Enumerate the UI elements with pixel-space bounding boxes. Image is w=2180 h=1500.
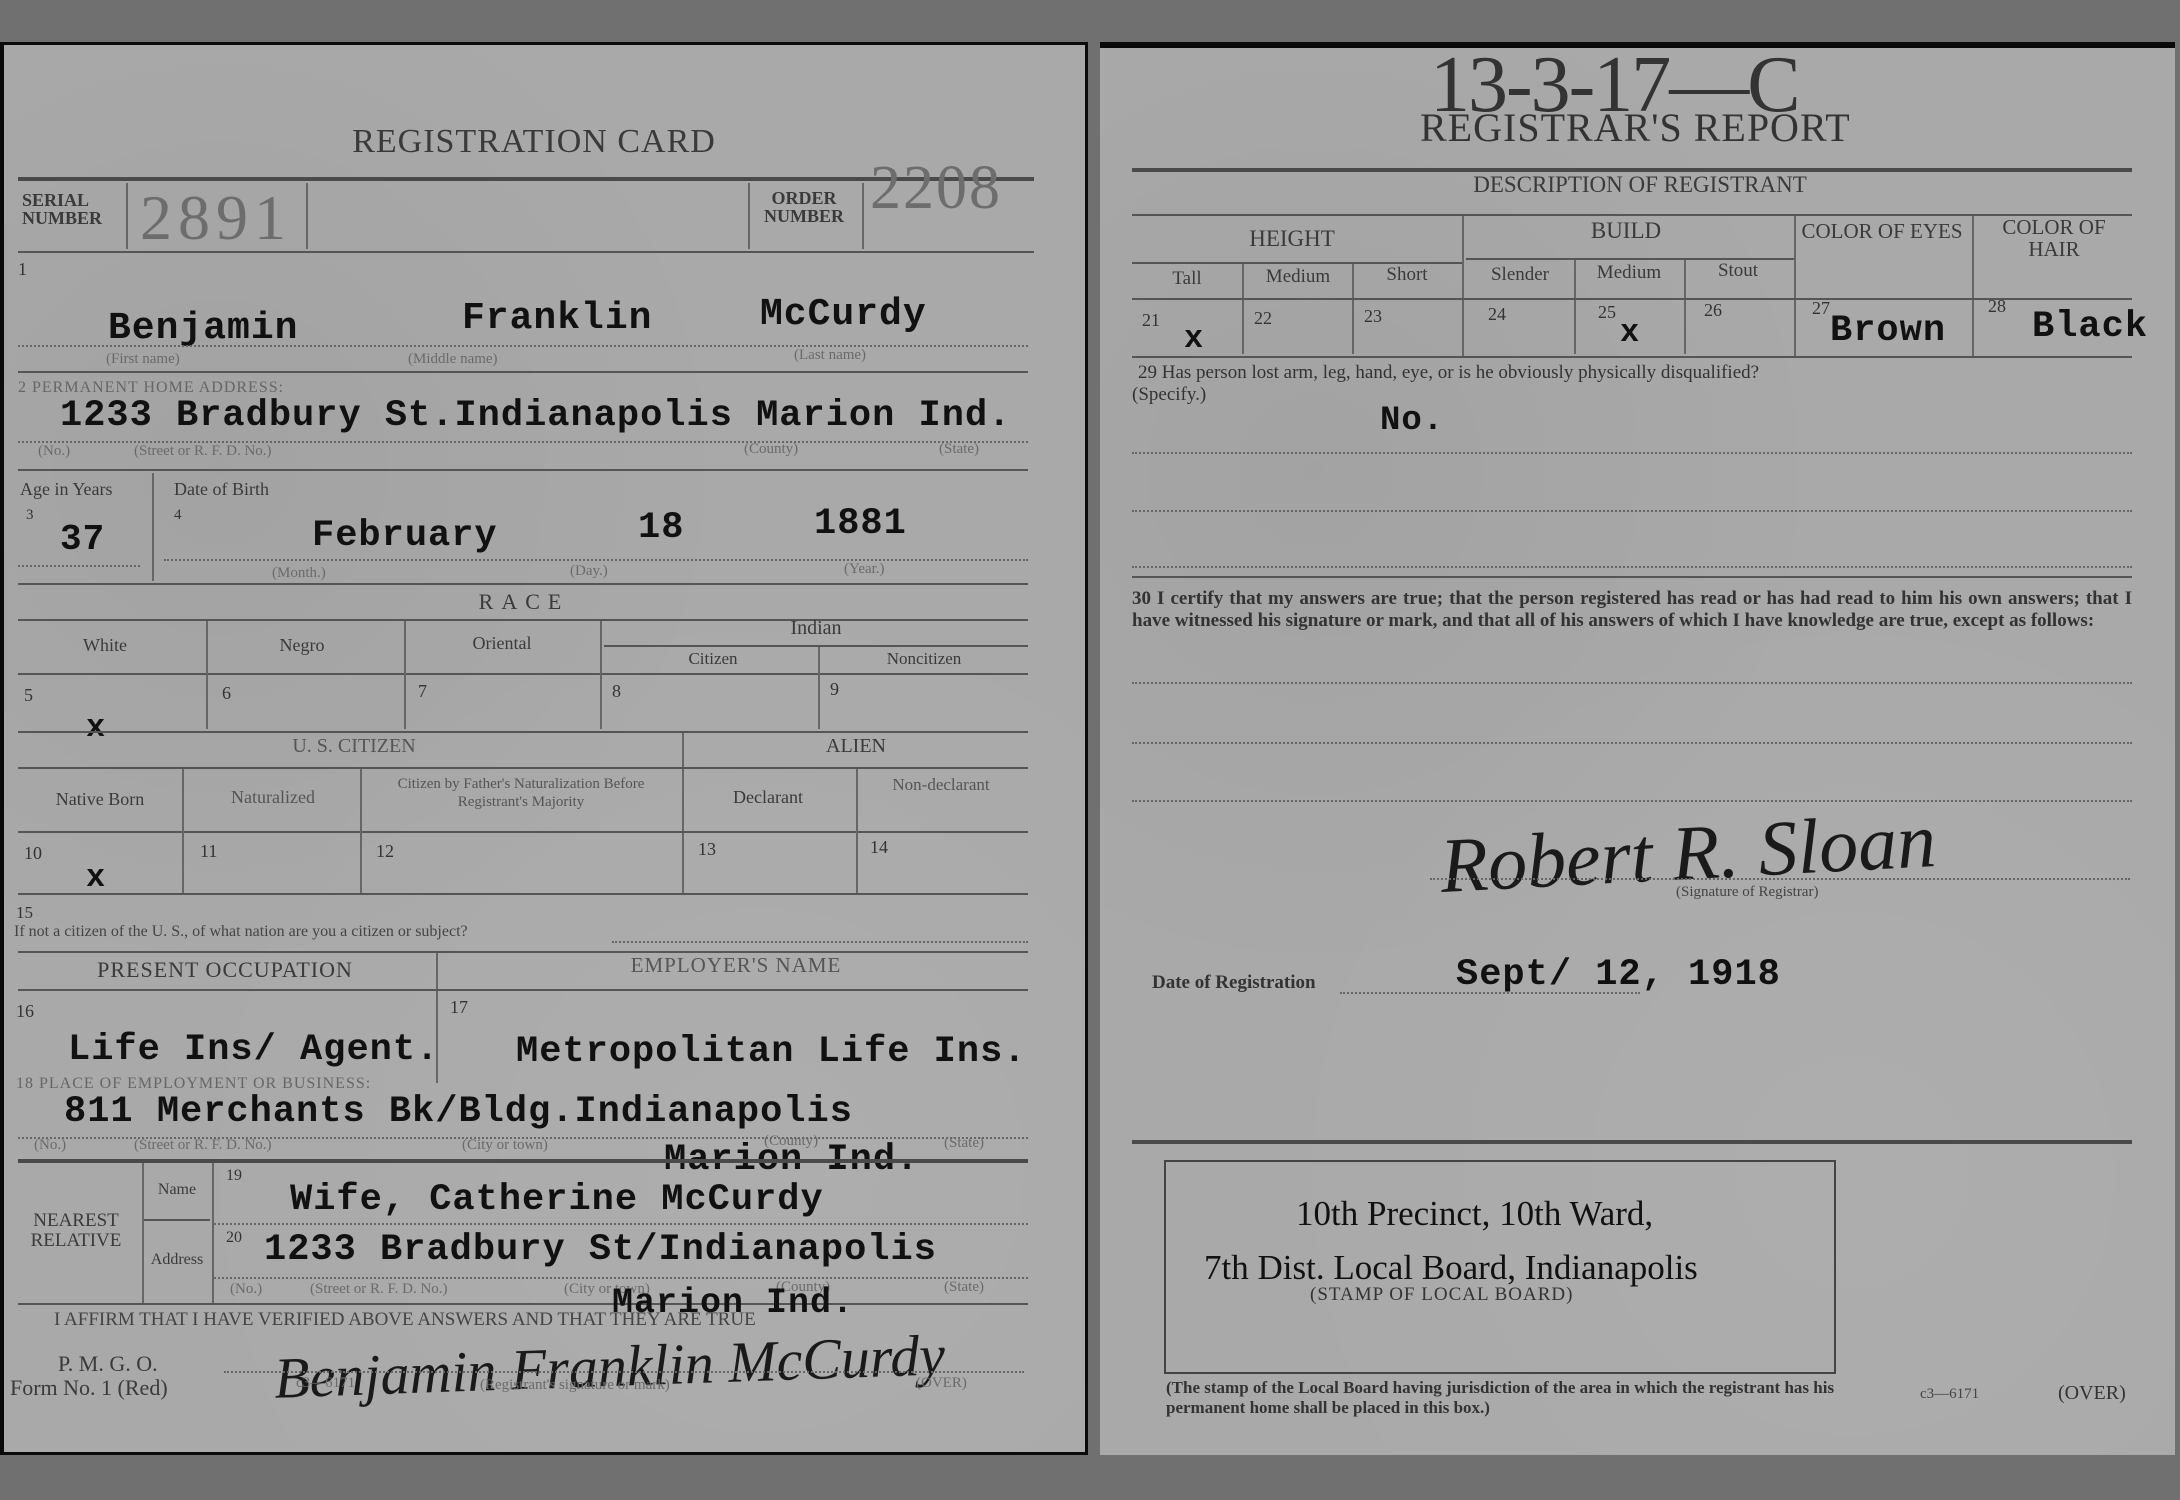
hair-color-value: Black xyxy=(2032,306,2148,348)
field-number: 16 xyxy=(16,1001,34,1022)
build-title: BUILD xyxy=(1466,218,1786,244)
field-number: 11 xyxy=(200,841,217,862)
age-label: Age in Years xyxy=(20,479,113,500)
registration-card: REGISTRATION CARD SERIAL NUMBER 2891 ORD… xyxy=(0,42,1088,1455)
registration-date-label: Date of Registration xyxy=(1152,972,1316,994)
employer-label: EMPLOYER'S NAME xyxy=(444,953,1028,978)
registrars-report-card: 13-3-17—C REGISTRAR'S REPORT DESCRIPTION… xyxy=(1100,42,2175,1455)
race-indian-citizen-label: Citizen xyxy=(608,649,818,669)
over-note: (OVER) xyxy=(2058,1382,2126,1405)
height-tall-label: Tall xyxy=(1132,268,1242,290)
field-number: 28 xyxy=(1988,296,2006,317)
field-number: 1 xyxy=(18,259,27,280)
field-number: 4 xyxy=(174,507,182,524)
serial-number-value: 2891 xyxy=(140,181,292,255)
alien-title: ALIEN xyxy=(684,735,1028,758)
native-born-label: Native Born xyxy=(20,789,180,810)
dob-year-value: 1881 xyxy=(814,503,907,545)
field-number: 15 xyxy=(16,903,33,923)
relative-address-label: Address xyxy=(144,1251,210,1269)
order-number-value: 2208 xyxy=(870,153,1002,224)
first-name-value: Benjamin xyxy=(108,307,298,350)
last-name-value: McCurdy xyxy=(760,293,927,336)
dob-month-value: February xyxy=(312,515,498,557)
last-name-caption: (Last name) xyxy=(794,347,866,364)
field-number: 7 xyxy=(418,681,427,702)
field-number: 25 xyxy=(1598,302,1616,323)
nationality-question: If not a citizen of the U. S., of what n… xyxy=(14,923,468,941)
race-white-label: White xyxy=(20,635,190,656)
field-number: 27 xyxy=(1812,298,1830,319)
occupation-value: Life Ins/ Agent. xyxy=(68,1029,439,1071)
registrant-signature-caption: (Registrant's signature or mark) xyxy=(480,1377,670,1394)
address-state-caption: (State) xyxy=(939,441,979,458)
description-title: DESCRIPTION OF REGISTRANT xyxy=(1420,172,1860,198)
field-number: 23 xyxy=(1364,306,1382,327)
affirmation-text: I AFFIRM THAT I HAVE VERIFIED ABOVE ANSW… xyxy=(54,1309,756,1331)
first-name-caption: (First name) xyxy=(106,351,180,368)
race-negro-label: Negro xyxy=(212,635,392,656)
race-title: RACE xyxy=(424,589,624,615)
employer-value: Metropolitan Life Ins. xyxy=(516,1031,1026,1073)
occupation-label: PRESENT OCCUPATION xyxy=(20,957,430,983)
eye-color-value: Brown xyxy=(1830,310,1946,352)
address-no-caption: (No.) xyxy=(38,443,70,460)
place-of-employment-value: 811 Merchants Bk/Bldg.Indianapolis xyxy=(64,1091,853,1133)
height-short-label: Short xyxy=(1354,264,1460,286)
employment-city-caption: (City or town) xyxy=(462,1137,548,1154)
stamp-instruction-note: (The stamp of the Local Board having jur… xyxy=(1166,1378,1846,1418)
field-number: 5 xyxy=(24,685,33,706)
field-number: 13 xyxy=(698,839,716,860)
form-office: P. M. G. O. xyxy=(58,1351,158,1377)
registrant-signature: Benjamin Franklin McCurdy xyxy=(273,1321,946,1411)
middle-name-caption: (Middle name) xyxy=(408,351,498,368)
order-number-label: ORDER NUMBER xyxy=(754,189,854,225)
field-number: 10 xyxy=(24,843,42,864)
disqualification-value: No. xyxy=(1380,402,1444,440)
field-number: 6 xyxy=(222,683,231,704)
disqualification-question: 29 Has person lost arm, leg, hand, eye, … xyxy=(1138,362,1759,384)
field-number: 3 xyxy=(26,507,34,524)
relative-name-value: Wife, Catherine McCurdy xyxy=(290,1179,824,1221)
employment-no-caption: (No.) xyxy=(34,1137,66,1154)
stamp-line-1: 10th Precinct, 10th Ward, xyxy=(1296,1194,1653,1234)
build-medium-label: Medium xyxy=(1576,262,1682,284)
field-number: 19 xyxy=(226,1167,242,1185)
race-indian-noncitizen-label: Noncitizen xyxy=(820,649,1028,669)
employment-state-caption: (State) xyxy=(944,1135,984,1152)
address-county-caption: (County) xyxy=(744,441,798,458)
race-white-mark: x xyxy=(86,709,106,746)
dob-day-value: 18 xyxy=(638,507,684,549)
build-stout-label: Stout xyxy=(1684,260,1792,282)
address-street-caption: (Street or R. F. D. No.) xyxy=(134,443,272,460)
middle-name-value: Franklin xyxy=(462,297,652,340)
field-number: 22 xyxy=(1254,308,1272,329)
field-number: 8 xyxy=(612,681,621,702)
field-number: 14 xyxy=(870,837,888,858)
nearest-relative-label: NEAREST RELATIVE xyxy=(16,1211,136,1251)
height-tall-mark: x xyxy=(1184,320,1204,357)
dob-month-caption: (Month.) xyxy=(272,565,326,582)
field-number: 20 xyxy=(226,1229,242,1247)
race-oriental-label: Oriental xyxy=(408,633,596,654)
hair-color-title: COLOR OF HAIR xyxy=(1976,216,2132,260)
declarant-label: Declarant xyxy=(688,787,848,808)
dob-year-caption: (Year.) xyxy=(844,561,885,578)
relative-address-value: 1233 Bradbury St/Indianapolis xyxy=(264,1229,937,1271)
employment-street-caption: (Street or R. F. D. No.) xyxy=(134,1137,272,1154)
relative-street-caption: (Street or R. F. D. No.) xyxy=(310,1281,448,1298)
stamp-caption: (STAMP OF LOCAL BOARD) xyxy=(1310,1284,1573,1306)
field-number: 21 xyxy=(1142,310,1160,331)
over-note: (OVER) xyxy=(916,1375,967,1392)
field-number: 26 xyxy=(1704,300,1722,321)
build-slender-label: Slender xyxy=(1466,264,1574,286)
form-number: Form No. 1 (Red) xyxy=(10,1375,168,1401)
stamp-line-2: 7th Dist. Local Board, Indianapolis xyxy=(1204,1248,1698,1288)
form-code: c3—6171 xyxy=(1920,1386,1979,1403)
relative-state-caption: (State) xyxy=(944,1279,984,1296)
native-born-mark: x xyxy=(86,859,106,896)
naturalized-label: Naturalized xyxy=(188,787,358,808)
dob-day-caption: (Day.) xyxy=(570,563,608,580)
eye-color-title: COLOR OF EYES xyxy=(1800,220,1964,242)
height-title: HEIGHT xyxy=(1132,226,1452,252)
race-indian-label: Indian xyxy=(604,617,1028,640)
height-medium-label: Medium xyxy=(1244,266,1352,288)
relative-name-label: Name xyxy=(144,1181,210,1199)
home-address-value: 1233 Bradbury St.Indianapolis Marion Ind… xyxy=(60,395,1011,437)
registration-date-value: Sept/ 12, 1918 xyxy=(1456,954,1781,996)
field-number: 9 xyxy=(830,679,839,700)
registrar-signature-caption: (Signature of Registrar) xyxy=(1676,884,1818,901)
report-title: REGISTRAR'S REPORT xyxy=(1420,104,1851,151)
specify-label: (Specify.) xyxy=(1132,384,1206,406)
serial-number-label: SERIAL NUMBER xyxy=(22,191,122,227)
age-value: 37 xyxy=(60,519,105,560)
field-number: 12 xyxy=(376,841,394,862)
build-medium-mark: x xyxy=(1620,314,1640,351)
us-citizen-title: U. S. CITIZEN xyxy=(124,735,584,758)
card-title: REGISTRATION CARD xyxy=(294,123,774,161)
fathers-naturalization-label: Citizen by Father's Naturalization Befor… xyxy=(366,775,676,811)
field-number: 17 xyxy=(450,997,468,1018)
form-code: c3—6171 xyxy=(296,1375,355,1392)
certification-text: 30 I certify that my answers are true; t… xyxy=(1132,588,2132,632)
non-declarant-label: Non-declarant xyxy=(866,775,1016,795)
field-number: 24 xyxy=(1488,304,1506,325)
dob-label: Date of Birth xyxy=(174,479,269,500)
relative-no-caption: (No.) xyxy=(230,1281,262,1298)
